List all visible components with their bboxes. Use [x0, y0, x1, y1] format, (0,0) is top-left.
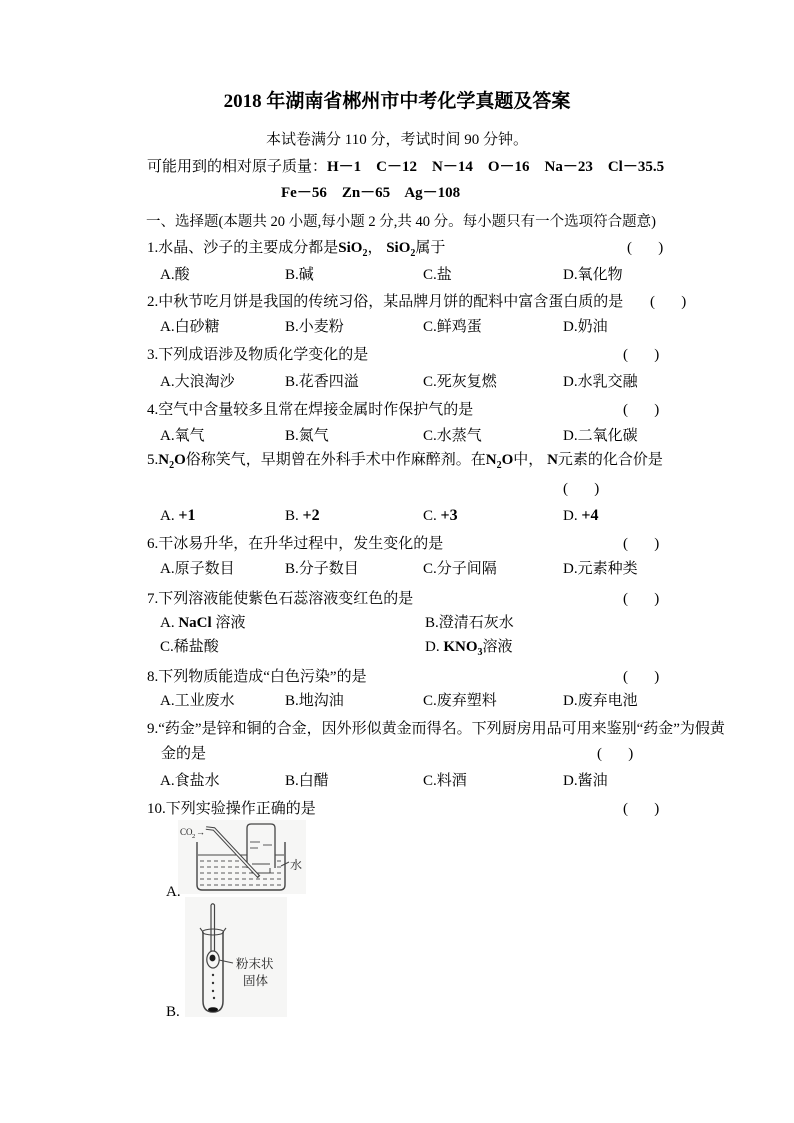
q5-text-4: 元素的化合价是 — [558, 452, 663, 468]
question-4-option-a: A.氧气 — [160, 428, 205, 445]
question-10-text: 10.下列实验操作正确的是 — [147, 801, 316, 818]
section-1-heading: 一、选择题(本题共 20 小题,每小题 2 分,共 40 分。每小题只有一个选项… — [146, 214, 656, 231]
q7-option-a-formula: NaCl — [178, 615, 211, 631]
question-8-option-a: A.工业废水 — [160, 693, 235, 710]
question-1-option-d: D.氧化物 — [563, 267, 623, 284]
q5-formula-2-o: O — [502, 452, 514, 468]
question-2-text: 2.中秋节吃月饼是我国的传统习俗，某品牌月饼的配料中富含蛋白质的是 — [147, 294, 623, 311]
figure-b-test-tube-diagram: 粉末状 固体 — [185, 897, 287, 1017]
question-9-option-c: C.料酒 — [423, 773, 467, 790]
q5-element-n: N — [547, 452, 558, 468]
inverted-gas-bottle — [247, 824, 275, 868]
question-4-answer-bracket: ( ) — [623, 402, 659, 419]
question-6-option-d: D.元素种类 — [563, 561, 638, 578]
question-5-text: 5.N2O俗称笑气，早期曾在外科手术中作麻醉剂。在N2O中， N元素的化合价是 — [147, 452, 663, 469]
question-3-option-d: D.水乳交融 — [563, 374, 638, 391]
question-7-option-b: B.澄清石灰水 — [425, 615, 514, 632]
question-2-option-a: A.白砂糖 — [160, 319, 220, 336]
q7-option-a-suffix: 溶液 — [212, 615, 246, 631]
question-7-option-c: C.稀盐酸 — [160, 639, 219, 656]
q5-formula-1-o: O — [174, 452, 186, 468]
question-9-text-line2: 金的是 — [161, 746, 206, 763]
question-4-option-c: C.水蒸气 — [423, 428, 482, 445]
question-9-option-b: B.白醋 — [285, 773, 329, 790]
question-6-option-a: A.原子数目 — [160, 561, 235, 578]
question-7-text: 7.下列溶液能使紫色石蕊溶液变红色的是 — [147, 591, 413, 608]
powder-at-tube-bottom — [208, 1007, 218, 1012]
question-9-text-line1: 9.“药金”是锌和铜的合金，因外形似黄金而得名。下列厨房用品可用来鉴别“药金”为… — [147, 721, 725, 738]
question-8-option-c: C.废弃塑料 — [423, 693, 497, 710]
q7-option-d-prefix: D. — [425, 639, 443, 655]
atomic-masses-values-2: Fe－56 Zn－65 Ag－108 — [281, 185, 460, 202]
question-8-option-d: D.废弃电池 — [563, 693, 638, 710]
q1-text-3: 属于 — [415, 240, 445, 256]
powder-annotation-line2: 固体 — [243, 973, 269, 988]
q5-option-d-prefix: D. — [563, 508, 581, 524]
q5-formula-1-n: N — [158, 452, 169, 468]
question-8-option-b: B.地沟油 — [285, 693, 344, 710]
question-6-answer-bracket: ( ) — [623, 536, 659, 553]
question-2-option-c: C.鲜鸡蛋 — [423, 319, 482, 336]
question-1-option-a: A.酸 — [160, 267, 190, 284]
q5-option-b-value: +2 — [303, 507, 320, 524]
question-1-option-c: C.盐 — [423, 267, 452, 284]
figure-b-caption: B. — [166, 1004, 180, 1021]
question-10-answer-bracket: ( ) — [623, 801, 659, 818]
question-3-option-b: B.花香四溢 — [285, 374, 359, 391]
powder-sample — [210, 955, 216, 962]
q5-option-d-value: +4 — [581, 507, 598, 524]
figure-a-gas-collection-diagram: CO 2 → 水 — [178, 820, 306, 894]
q5-option-a-prefix: A. — [160, 508, 178, 524]
question-3-option-c: C.死灰复燃 — [423, 374, 497, 391]
question-5-option-d: D. +4 — [563, 507, 598, 525]
q5-text-3: 中， — [513, 452, 547, 468]
q1-formula-1: SiO — [338, 240, 362, 256]
exam-document-page: 2018 年湖南省郴州市中考化学真题及答案 本试卷满分 110 分，考试时间 9… — [0, 0, 794, 1123]
question-8-answer-bracket: ( ) — [623, 669, 659, 686]
question-4-option-b: B.氮气 — [285, 428, 329, 445]
q1-text-1: 1.水晶、沙子的主要成分都是 — [147, 240, 338, 256]
figure-a-caption: A. — [166, 884, 181, 901]
powder-annotation-line1: 粉末状 — [236, 956, 274, 971]
question-3-answer-bracket: ( ) — [623, 347, 659, 364]
question-9-answer-bracket: ( ) — [597, 746, 633, 763]
question-1-text: 1.水晶、沙子的主要成分都是SiO2， SiO2属于 — [147, 240, 445, 257]
question-1-answer-bracket: ( ) — [627, 240, 663, 257]
question-6-option-b: B.分子数目 — [285, 561, 359, 578]
question-7-option-a: A. NaCl 溶液 — [160, 615, 245, 632]
question-8-text: 8.下列物质能造成“白色污染”的是 — [147, 669, 367, 686]
question-1-option-b: B.碱 — [285, 267, 314, 284]
question-7-answer-bracket: ( ) — [623, 591, 659, 608]
q7-option-a-prefix: A. — [160, 615, 178, 631]
q7-option-d-suffix: 溶液 — [483, 639, 513, 655]
question-5-option-a: A. +1 — [160, 507, 195, 525]
question-4-text: 4.空气中含量较多且常在焊接金属时作保护气的是 — [147, 402, 473, 419]
q5-option-a-value: +1 — [178, 507, 195, 524]
q5-text-2: 俗称笑气，早期曾在外科手术中作麻醉剂。在 — [186, 452, 486, 468]
water-label: 水 — [290, 857, 302, 872]
q1-formula-2: SiO — [386, 240, 410, 256]
co2-gas-label-sub: 2 — [192, 833, 195, 840]
question-9-option-d: D.酱油 — [563, 773, 608, 790]
q5-formula-2-n: N — [486, 452, 497, 468]
question-3-text: 3.下列成语涉及物质化学变化的是 — [147, 347, 368, 364]
doc-title: 2018 年湖南省郴州市中考化学真题及答案 — [0, 93, 794, 110]
q5-option-c-value: +3 — [441, 507, 458, 524]
atomic-masses-values-1: H－1 C－12 N－14 O－16 Na－23 Cl－35.5 — [327, 159, 664, 175]
question-6-text: 6.干冰易升华，在升华过程中，发生变化的是 — [147, 536, 443, 553]
question-4-option-d: D.二氧化碳 — [563, 428, 638, 445]
question-7-option-d: D. KNO3溶液 — [425, 639, 513, 656]
atomic-masses-label: 可能用到的相对原子质量： — [147, 159, 327, 175]
question-5-answer-bracket: ( ) — [563, 481, 599, 498]
q5-number: 5. — [147, 452, 158, 468]
question-3-option-a: A.大浪淘沙 — [160, 374, 235, 391]
question-9-option-a: A.食盐水 — [160, 773, 220, 790]
gas-flow-arrow-icon: → — [196, 827, 205, 837]
question-2-answer-bracket: ( ) — [650, 294, 686, 311]
question-2-option-b: B.小麦粉 — [285, 319, 344, 336]
doc-subtitle: 本试卷满分 110 分，考试时间 90 分钟。 — [0, 132, 794, 149]
q7-option-d-formula: KNO — [443, 639, 477, 655]
question-2-option-d: D.奶油 — [563, 319, 608, 336]
q5-option-b-prefix: B. — [285, 508, 303, 524]
question-5-option-b: B. +2 — [285, 507, 320, 525]
question-5-option-c: C. +3 — [423, 507, 458, 525]
atomic-masses-line1: 可能用到的相对原子质量：H－1 C－12 N－14 O－16 Na－23 Cl－… — [147, 159, 664, 176]
question-6-option-c: C.分子间隔 — [423, 561, 497, 578]
q5-option-c-prefix: C. — [423, 508, 441, 524]
q1-text-2: ， — [367, 240, 386, 256]
